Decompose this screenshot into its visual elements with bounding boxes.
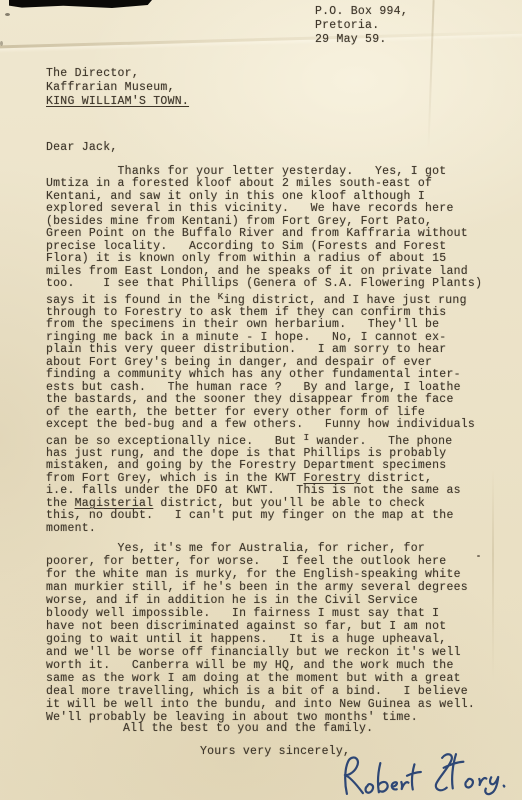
typed-text: bloody well impossible. In fairness I mu… [46,607,439,620]
ink-speck [477,555,480,557]
salutation: Dear Jack, [46,141,118,154]
typed-text: district, [361,472,433,485]
letter-line: same as the work I am doing at the momen… [46,672,475,685]
typed-text: Yes, it's me for Australia, for richer, … [46,542,425,555]
letter-line: says it is found in the King district, a… [46,291,482,307]
letter-line: 29 May 59. [315,33,408,47]
typed-text: from the specimens in their own herbariu… [46,318,439,331]
letter-line: moment. [46,523,482,535]
typed-text: deal more travelling, which is a bit of … [46,685,468,698]
typed-text: and we'll be worse off financially but w… [46,646,461,659]
signature [334,746,508,800]
recipient-address: The Director,Kaffrarian Museum,KING WILL… [46,67,189,109]
typed-text: P.O. Box 994, [315,5,408,18]
typed-text: of the earth, the better for every other… [46,406,425,419]
underlined-text: Forestry [303,472,360,485]
letter-line: it will be well into the bundu, and into… [46,698,475,711]
letter-line: P.O. Box 994, [315,5,408,19]
typed-text: says it is found in the [46,294,218,307]
typed-text: going to wait until it happens. It is a … [46,633,446,646]
typed-text: mistaken, and going by the Forestry Depa… [46,459,446,472]
typed-text: 29 May 59. [315,33,387,46]
scan-artifact-strip [9,0,152,8]
typed-text: this, no doubt. I can't put my finger on… [46,509,454,522]
typed-text: moment. [46,522,96,535]
typed-text: The Director, [46,67,139,80]
typed-text: ringing me back in a minute - I hope. No… [46,331,446,344]
typed-text: Green Point on the Buffalo River and fro… [46,227,468,240]
paper-crease [492,470,494,680]
letter-line: except the bed-bug and a few others. Fun… [46,419,482,431]
letter-line: have not been discriminated against so f… [46,620,475,633]
typed-text: from Fort Grey, which is in the KWT [46,472,303,485]
letter-line: and we'll be worse off financially but w… [46,646,475,659]
typed-text: have not been discriminated against so f… [46,620,446,633]
letter-line: going to wait until it happens. It is a … [46,633,475,646]
letter-line: KING WILLIAM'S TOWN. [46,95,189,109]
typed-text: district, but you'll be able to check [153,497,425,510]
typed-text: Flora) it is known only from within a ra… [46,252,446,265]
typed-text: too. I see that Phillips (Genera of S.A.… [46,277,482,290]
letter-line: worth it. Canberra will be my HQ, and th… [46,659,475,672]
typed-text: can be so exceptionally nice. But [46,435,303,448]
paper-crease [427,0,434,150]
typed-text: man murkier still, if he's been in the a… [46,581,468,594]
typed-text: Umtiza in a forested kloof about 2 miles… [46,177,432,190]
letter-line: poorer, for better, for worse. I feel th… [46,555,475,568]
typed-text: Kentani, and saw it only in this one klo… [46,190,425,203]
typed-text: i.e. falls under the DFO at KWT. This is… [46,484,461,497]
signature-drawing [334,746,508,800]
typed-text: ests but cash. The human race ? By and l… [46,381,461,394]
typed-text: about Fort Grey's being in danger, and d… [46,356,432,369]
typed-text: ing district, and I have just rung [224,294,467,307]
letter-line: worse, and if in addition he is in the C… [46,594,475,607]
letter-line: Pretoria. [315,19,408,33]
typed-text: except the bed-bug and a few others. Fun… [46,418,475,431]
letter-line: The Director, [46,67,189,81]
letter-line: can be so exceptionally nice. But I wand… [46,432,482,448]
typed-text: precise locality. According to Sim (Fore… [46,240,446,253]
underlined-text: Magisterial [75,497,154,510]
letter-paper: P.O. Box 994,Pretoria.29 May 59. The Dir… [0,0,522,800]
typed-text: worth it. Canberra will be my HQ, and th… [46,659,454,672]
typed-text: wander. The phone [309,435,452,448]
letter-line: Yes, it's me for Australia, for richer, … [46,542,475,555]
paper-crease [0,30,522,48]
typed-text: same as the work I am doing at the momen… [46,672,461,685]
typed-text: poorer, for better, for worse. I feel th… [46,555,446,568]
typed-text: miles from East London, and he speaks of… [46,265,468,278]
letter-line: man murkier still, if he's been in the a… [46,581,475,594]
scan-speck [0,41,3,46]
typed-text: the [46,497,75,510]
letter-line: Kaffrarian Museum, [46,81,189,95]
sender-address: P.O. Box 994,Pretoria.29 May 59. [315,5,408,47]
underlined-text: KING WILLIAM'S TOWN. [46,95,189,108]
typed-text: finding a community which has any other … [46,368,461,381]
typed-text: the bastards, and the sooner they disapp… [46,393,454,406]
typed-text: Kaffrarian Museum, [46,81,175,94]
letter-paragraph-1: Thanks for your letter yesterday. Yes, I… [46,166,482,535]
closing-line: All the best to you and the family. [123,722,373,735]
scan-speck [5,13,10,16]
letter-line: too. I see that Phillips (Genera of S.A.… [46,278,482,290]
typed-text: plain this very queer distribution. I am… [46,343,446,356]
typed-text: (besides mine from Kentani) from Fort Gr… [46,215,432,228]
letter-paragraph-2: Yes, it's me for Australia, for richer, … [46,542,475,724]
letter-line: this, no doubt. I can't put my finger on… [46,510,482,522]
letter-line: deal more travelling, which is a bit of … [46,685,475,698]
typed-text: it will be well into the bundu, and into… [46,698,475,711]
valediction: Yours very sincerely, [200,745,350,758]
typed-text: worse, and if in addition he is in the C… [46,594,418,607]
letter-line: bloody well impossible. In fairness I mu… [46,607,475,620]
typed-text: explored several in this vicinity. We ha… [46,202,454,215]
letter-line: for the white man is murky, for the Engl… [46,568,475,581]
typed-text: for the white man is murky, for the Engl… [46,568,461,581]
typed-text: Pretoria. [315,19,379,32]
